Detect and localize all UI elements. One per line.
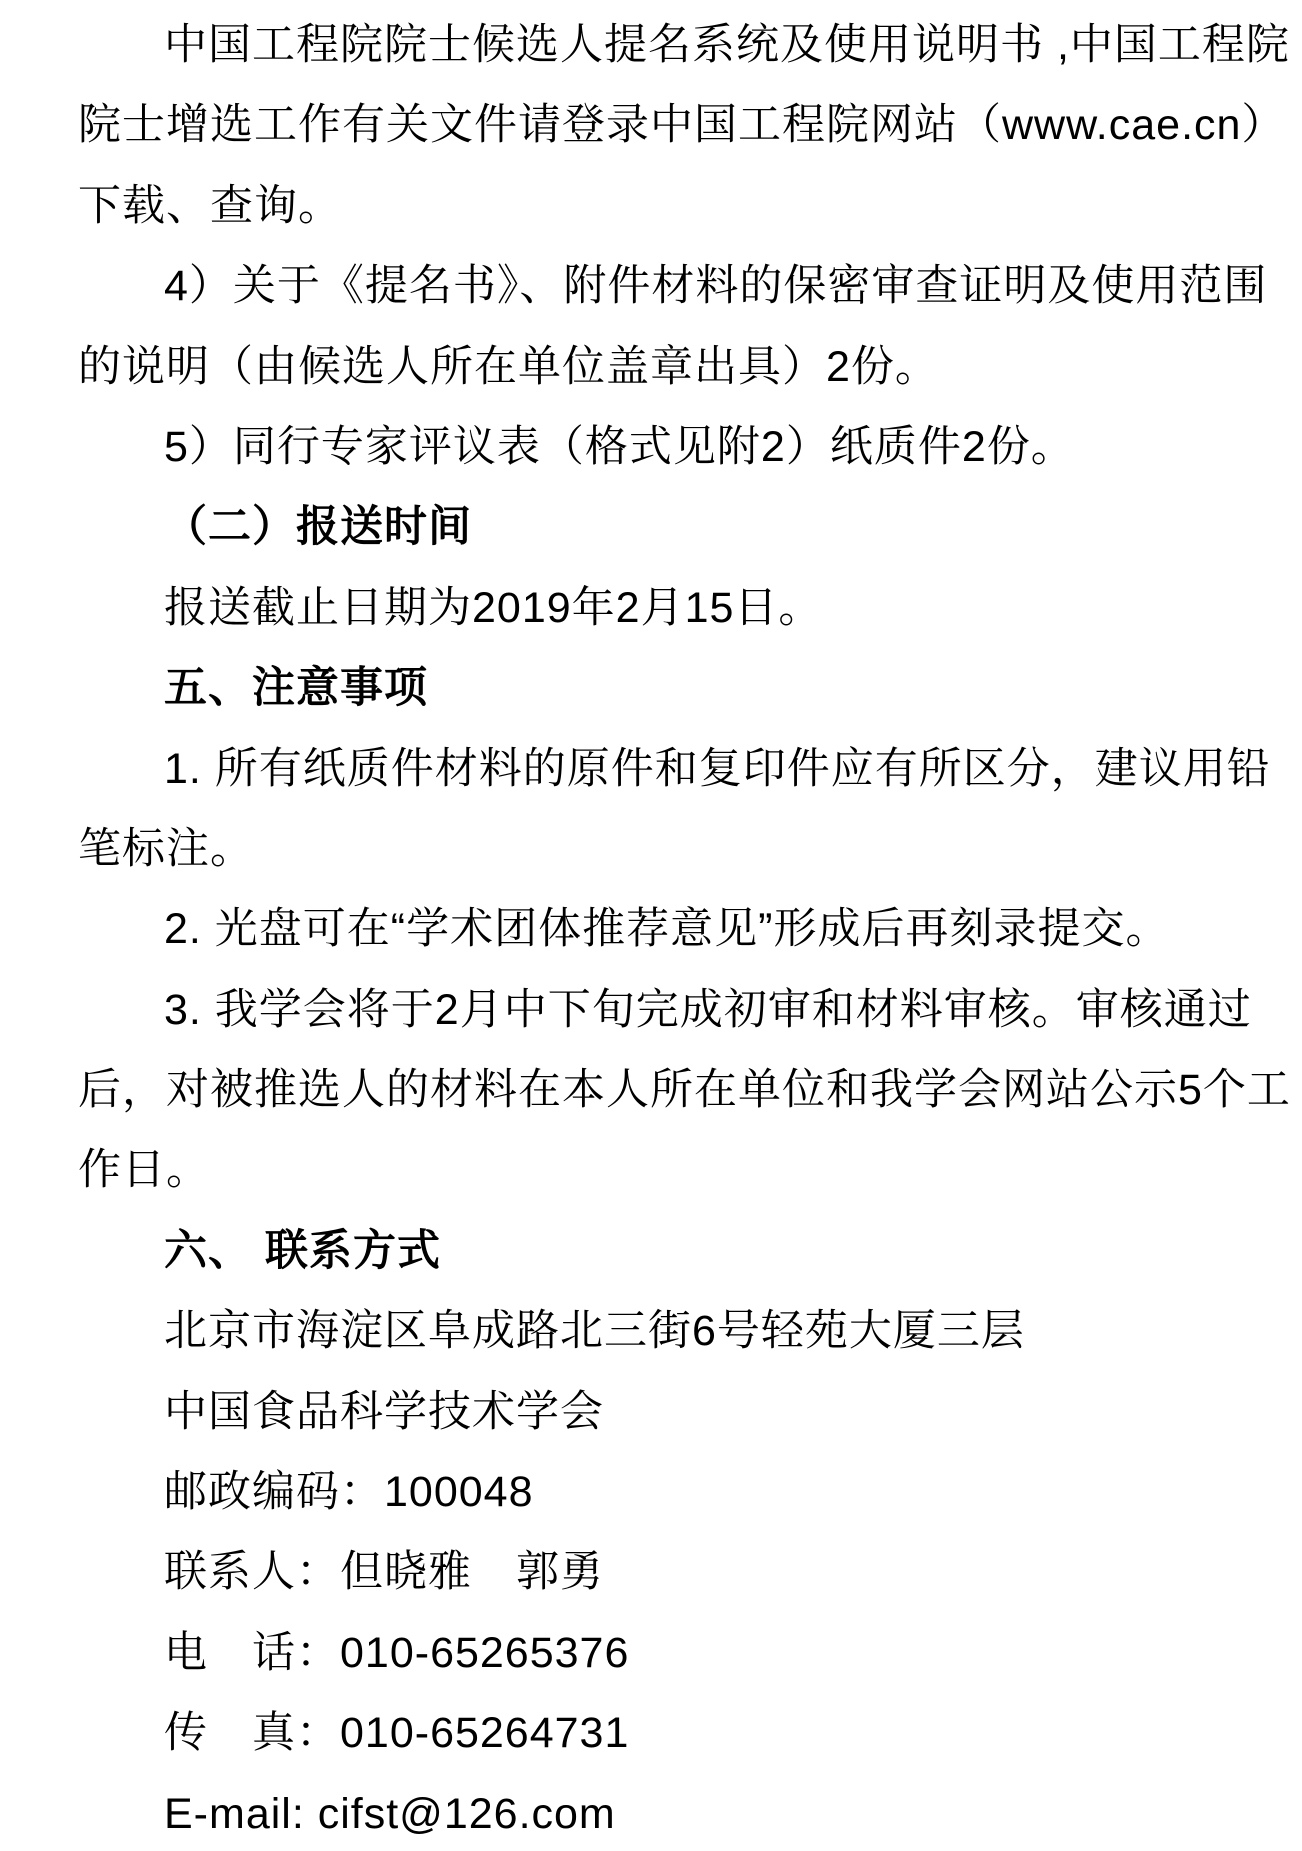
section-heading: 五、注意事项 — [78, 648, 1244, 728]
section-heading: （二）报送时间 — [78, 487, 1244, 567]
text-line: 传 真：010-65264731 — [78, 1693, 1244, 1773]
text-line: E-mail: cifst@126.com — [78, 1774, 1244, 1851]
text-line: 下载、查询。 — [78, 166, 1244, 246]
text-line: 邮政编码：100048 — [78, 1452, 1244, 1532]
text-line: 北京市海淀区阜成路北三街6号轻苑大厦三层 — [78, 1291, 1244, 1371]
text-line: 后，对被推选人的材料在本人所在单位和我学会网站公示5个工 — [78, 1050, 1244, 1130]
text-line: 3. 我学会将于2月中下旬完成初审和材料审核。审核通过 — [78, 970, 1244, 1050]
text-line: 报送截止日期为2019年2月15日。 — [78, 568, 1244, 648]
text-line: 作日。 — [78, 1130, 1244, 1210]
text-line: 的说明（由候选人所在单位盖章出具）2份。 — [78, 327, 1244, 407]
text-line: 中国工程院院士候选人提名系统及使用说明书 ,中国工程院 — [78, 5, 1244, 85]
text-line: 5）同行专家评议表（格式见附2）纸质件2份。 — [78, 407, 1244, 487]
section-heading: 六、 联系方式 — [78, 1211, 1244, 1291]
text-line: 联系人：但晓雅 郭勇 — [78, 1532, 1244, 1612]
document-body: 中国工程院院士候选人提名系统及使用说明书 ,中国工程院院士增选工作有关文件请登录… — [78, 5, 1244, 1851]
text-line: 笔标注。 — [78, 809, 1244, 889]
text-line: 院士增选工作有关文件请登录中国工程院网站（www.cae.cn） — [78, 85, 1244, 165]
text-line: 4）关于《提名书》、附件材料的保密审查证明及使用范围 — [78, 246, 1244, 326]
text-line: 2. 光盘可在“学术团体推荐意见”形成后再刻录提交。 — [78, 889, 1244, 969]
text-line: 1. 所有纸质件材料的原件和复印件应有所区分，建议用铅 — [78, 729, 1244, 809]
text-line: 电 话：010-65265376 — [78, 1613, 1244, 1693]
document-page: 中国工程院院士候选人提名系统及使用说明书 ,中国工程院院士增选工作有关文件请登录… — [0, 0, 1302, 1851]
text-line: 中国食品科学技术学会 — [78, 1372, 1244, 1452]
